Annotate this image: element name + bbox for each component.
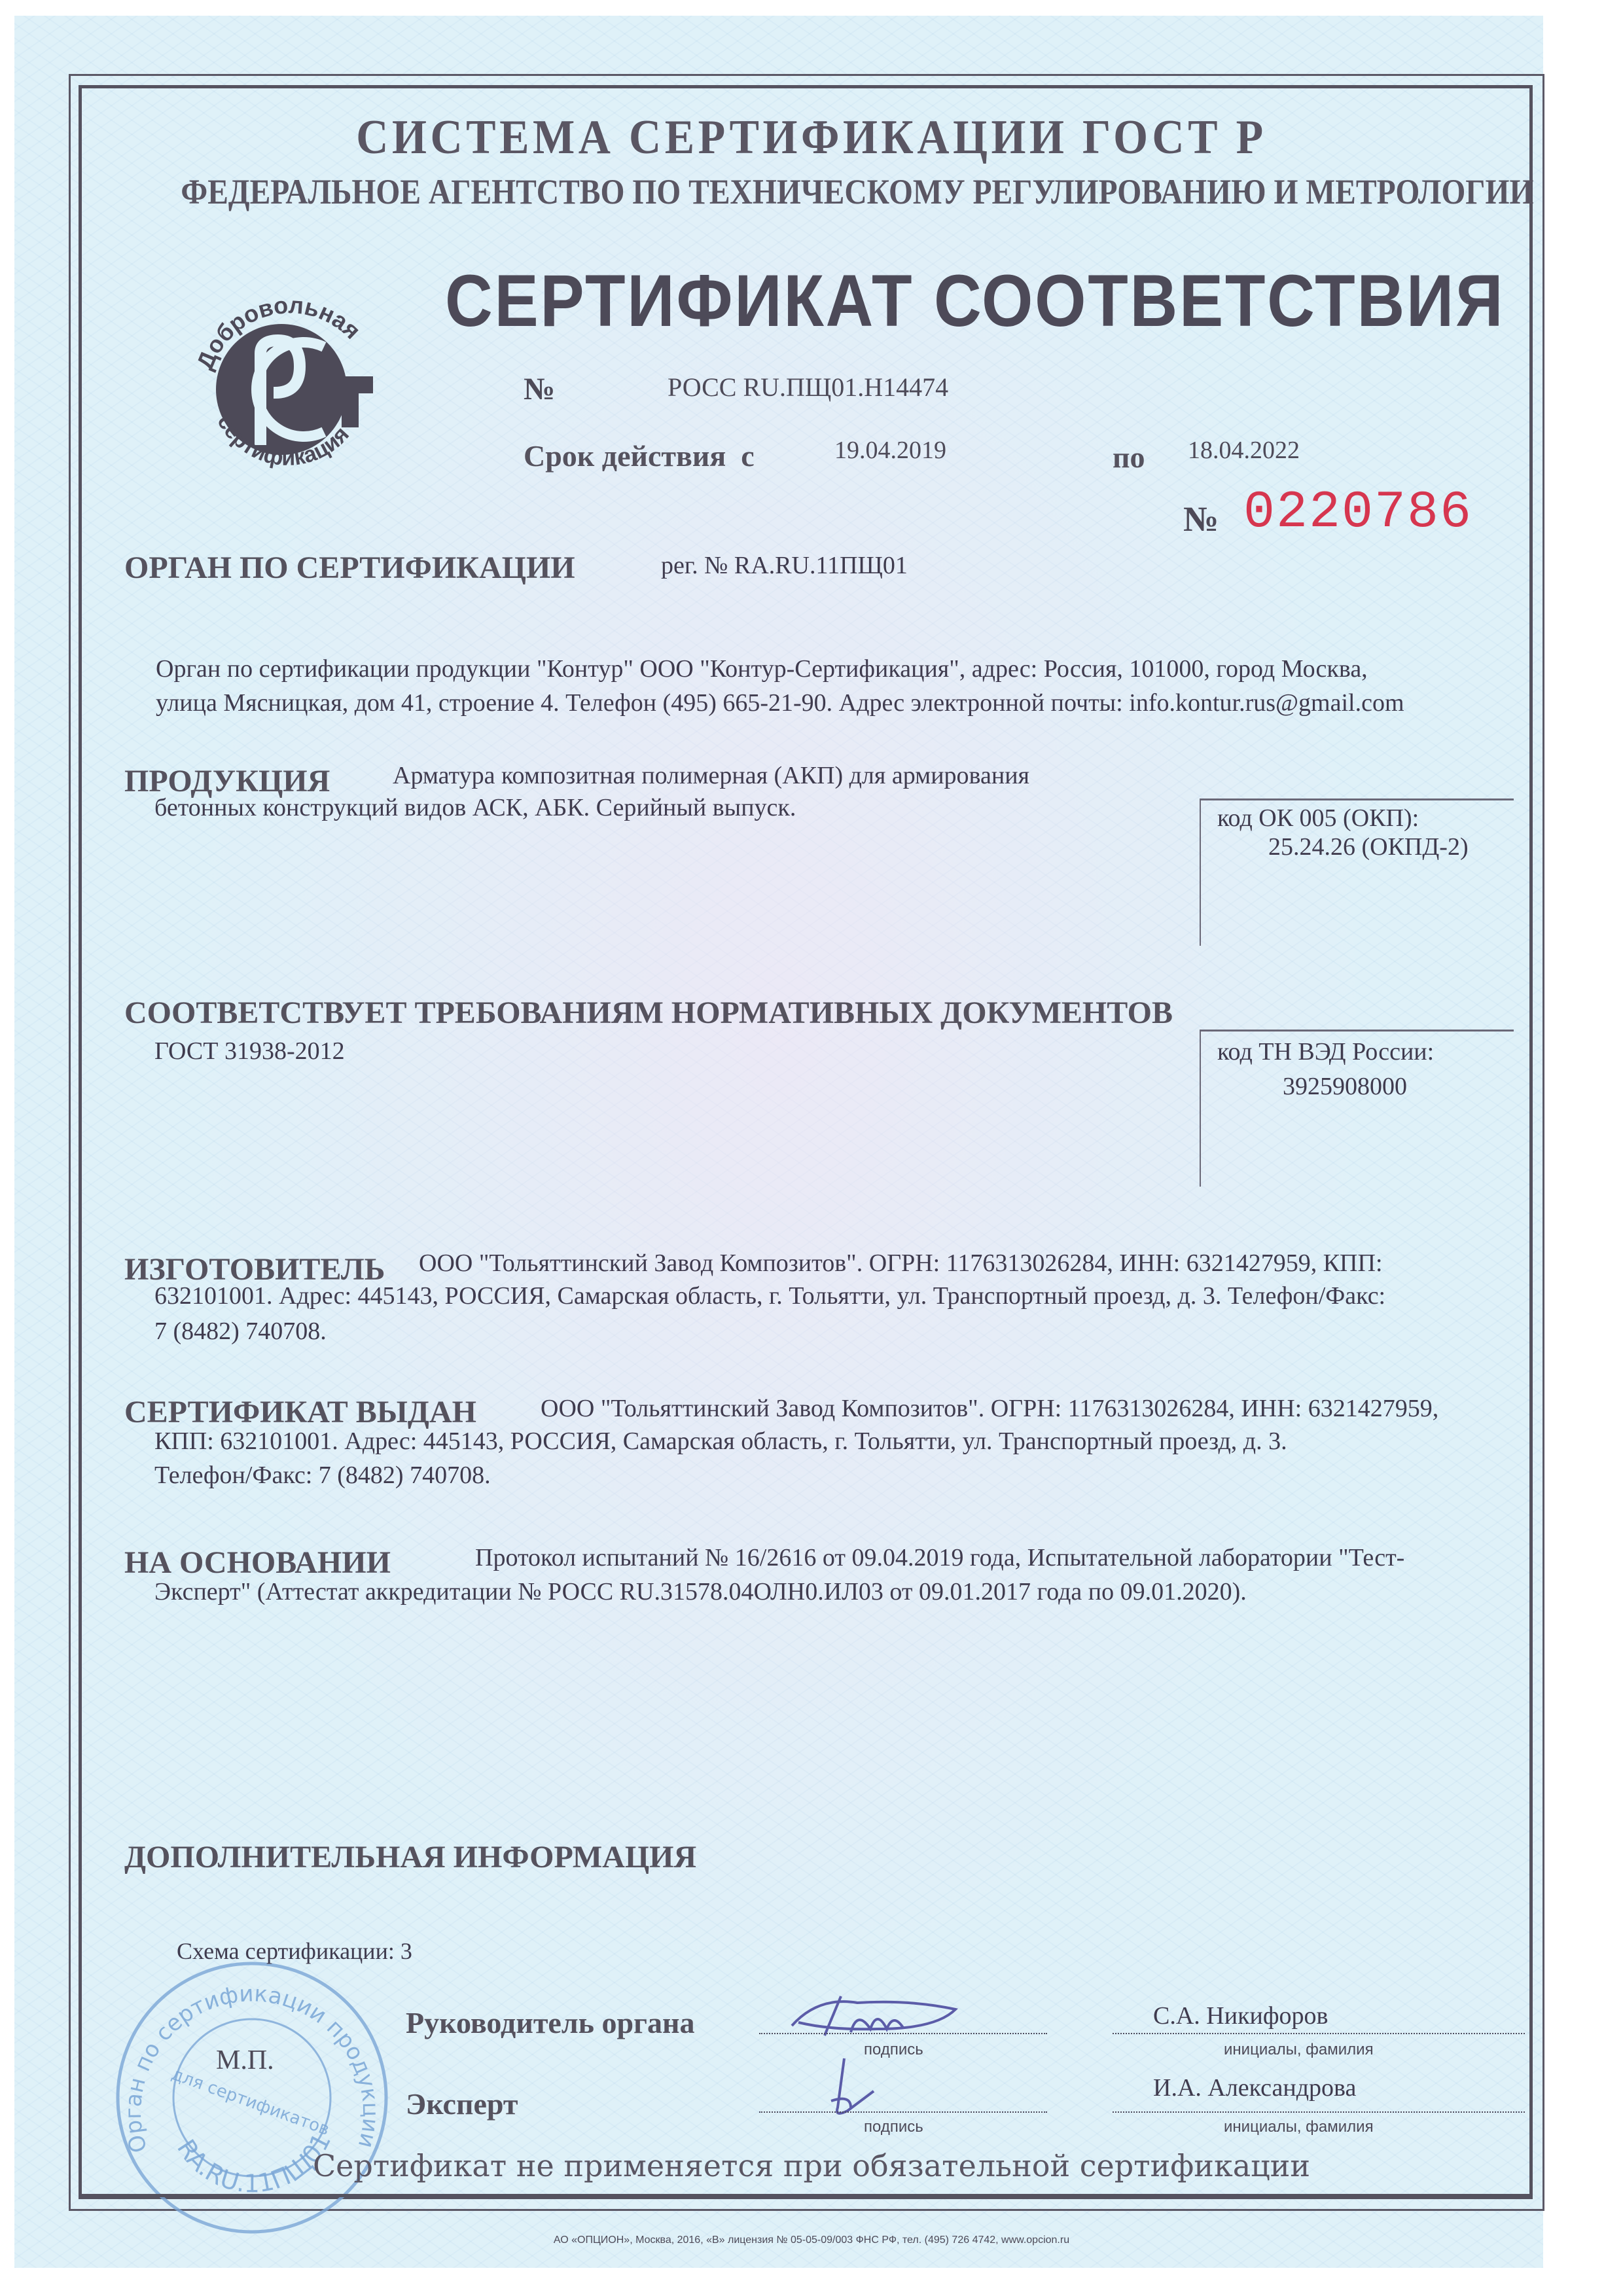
compliance-standard: ГОСТ 31938-2012	[154, 1037, 345, 1066]
certificate-number: РОСС RU.ПЩ01.Н14474	[668, 372, 948, 403]
certification-body-reg-number: рег. № RA.RU.11ПЩ01	[661, 551, 908, 580]
blank-serial-number: 0220786	[1243, 483, 1472, 543]
product-code-label: код ОК 005 (ОКП):	[1217, 804, 1419, 833]
expert-name: И.А. Александрова	[1153, 2073, 1356, 2102]
basis-line-1: Протокол испытаний № 16/2616 от 09.04.20…	[475, 1543, 1404, 1572]
expert-name-line	[1113, 2111, 1525, 2113]
certification-body-heading: ОРГАН ПО СЕРТИФИКАЦИИ	[124, 550, 575, 586]
expert-signature-line	[759, 2111, 1047, 2113]
valid-from-date: 19.04.2019	[834, 436, 946, 465]
blank-number-label: №	[1183, 499, 1219, 539]
manufacturer-line-2: 632101001. Адрес: 445143, РОССИЯ, Самарс…	[154, 1282, 1385, 1310]
basis-heading: НА ОСНОВАНИИ	[124, 1545, 391, 1581]
issued-to-line-2: КПП: 632101001. Адрес: 445143, РОССИЯ, С…	[154, 1427, 1287, 1456]
hs-code-label: код ТН ВЭД России:	[1217, 1037, 1434, 1066]
document-title: СЕРТИФИКАТ СООТВЕТСТВИЯ	[445, 259, 1505, 343]
head-signature-line	[759, 2033, 1047, 2034]
issued-to-line-1: ООО "Тольяттинский Завод Композитов". ОГ…	[541, 1394, 1438, 1423]
product-line-2: бетонных конструкций видов АСК, АБК. Сер…	[154, 793, 796, 822]
organization-stamp-icon: Орган по сертификации продукции "Контур"…	[108, 1954, 396, 2242]
compliance-heading: СООТВЕТСТВУЕТ ТРЕБОВАНИЯМ НОРМАТИВНЫХ ДО…	[124, 995, 1173, 1031]
product-code-value: 25.24.26 (ОКПД-2)	[1268, 833, 1469, 861]
rst-voluntary-certification-logo-icon: Добровольная сертификация	[190, 268, 386, 484]
valid-to-date: 18.04.2022	[1188, 436, 1300, 465]
footer-divider	[79, 2194, 1533, 2197]
expert-signature-icon	[811, 2055, 890, 2124]
expert-name-caption: инициалы, фамилия	[1224, 2118, 1374, 2136]
validity-label: Срок действия с	[524, 439, 755, 473]
stamp-place-label: М.П.	[216, 2045, 274, 2076]
head-name-line	[1113, 2033, 1525, 2034]
certification-scheme: Схема сертификации: 3	[177, 1937, 412, 1965]
certification-body-line-2: улица Мясницкая, дом 41, строение 4. Тел…	[156, 689, 1404, 717]
issued-to-line-3: Телефон/Факс: 7 (8482) 740708.	[154, 1461, 491, 1490]
manufacturer-line-3: 7 (8482) 740708.	[154, 1317, 327, 1346]
head-name: С.А. Никифоров	[1153, 2001, 1328, 2030]
product-line-1: Арматура композитная полимерная (АКП) дл…	[393, 761, 1029, 790]
certification-system-heading: СИСТЕМА СЕРТИФИКАЦИИ ГОСТ Р	[65, 110, 1558, 166]
manufacturer-line-1: ООО "Тольяттинский Завод Композитов". ОГ…	[419, 1249, 1383, 1278]
validity-to-label: по	[1113, 440, 1145, 475]
expert-label: Эксперт	[406, 2087, 518, 2121]
head-of-body-label: Руководитель органа	[406, 2005, 694, 2040]
validity-text: Срок действия	[524, 439, 726, 473]
printer-imprint: АО «ОПЦИОН», Москва, 2016, «В» лицензия …	[0, 2234, 1623, 2246]
issued-to-heading: СЕРТИФИКАТ ВЫДАН	[124, 1394, 476, 1430]
certification-body-line-1: Орган по сертификации продукции "Контур"…	[156, 655, 1368, 683]
voluntary-only-note: Сертификат не применяется при обязательн…	[0, 2148, 1623, 2183]
certificate-number-label: №	[524, 371, 555, 407]
head-name-caption: инициалы, фамилия	[1224, 2041, 1374, 2059]
agency-heading: ФЕДЕРАЛЬНОЕ АГЕНТСТВО ПО ТЕХНИЧЕСКОМУ РЕ…	[181, 171, 1442, 212]
additional-info-heading: ДОПОЛНИТЕЛЬНАЯ ИНФОРМАЦИЯ	[124, 1839, 696, 1875]
expert-signature-caption: подпись	[864, 2118, 923, 2136]
validity-from-label: с	[741, 439, 754, 473]
basis-line-2: Эксперт" (Аттестат аккредитации № РОСС R…	[154, 1577, 1247, 1606]
hs-code-value: 3925908000	[1283, 1072, 1407, 1101]
